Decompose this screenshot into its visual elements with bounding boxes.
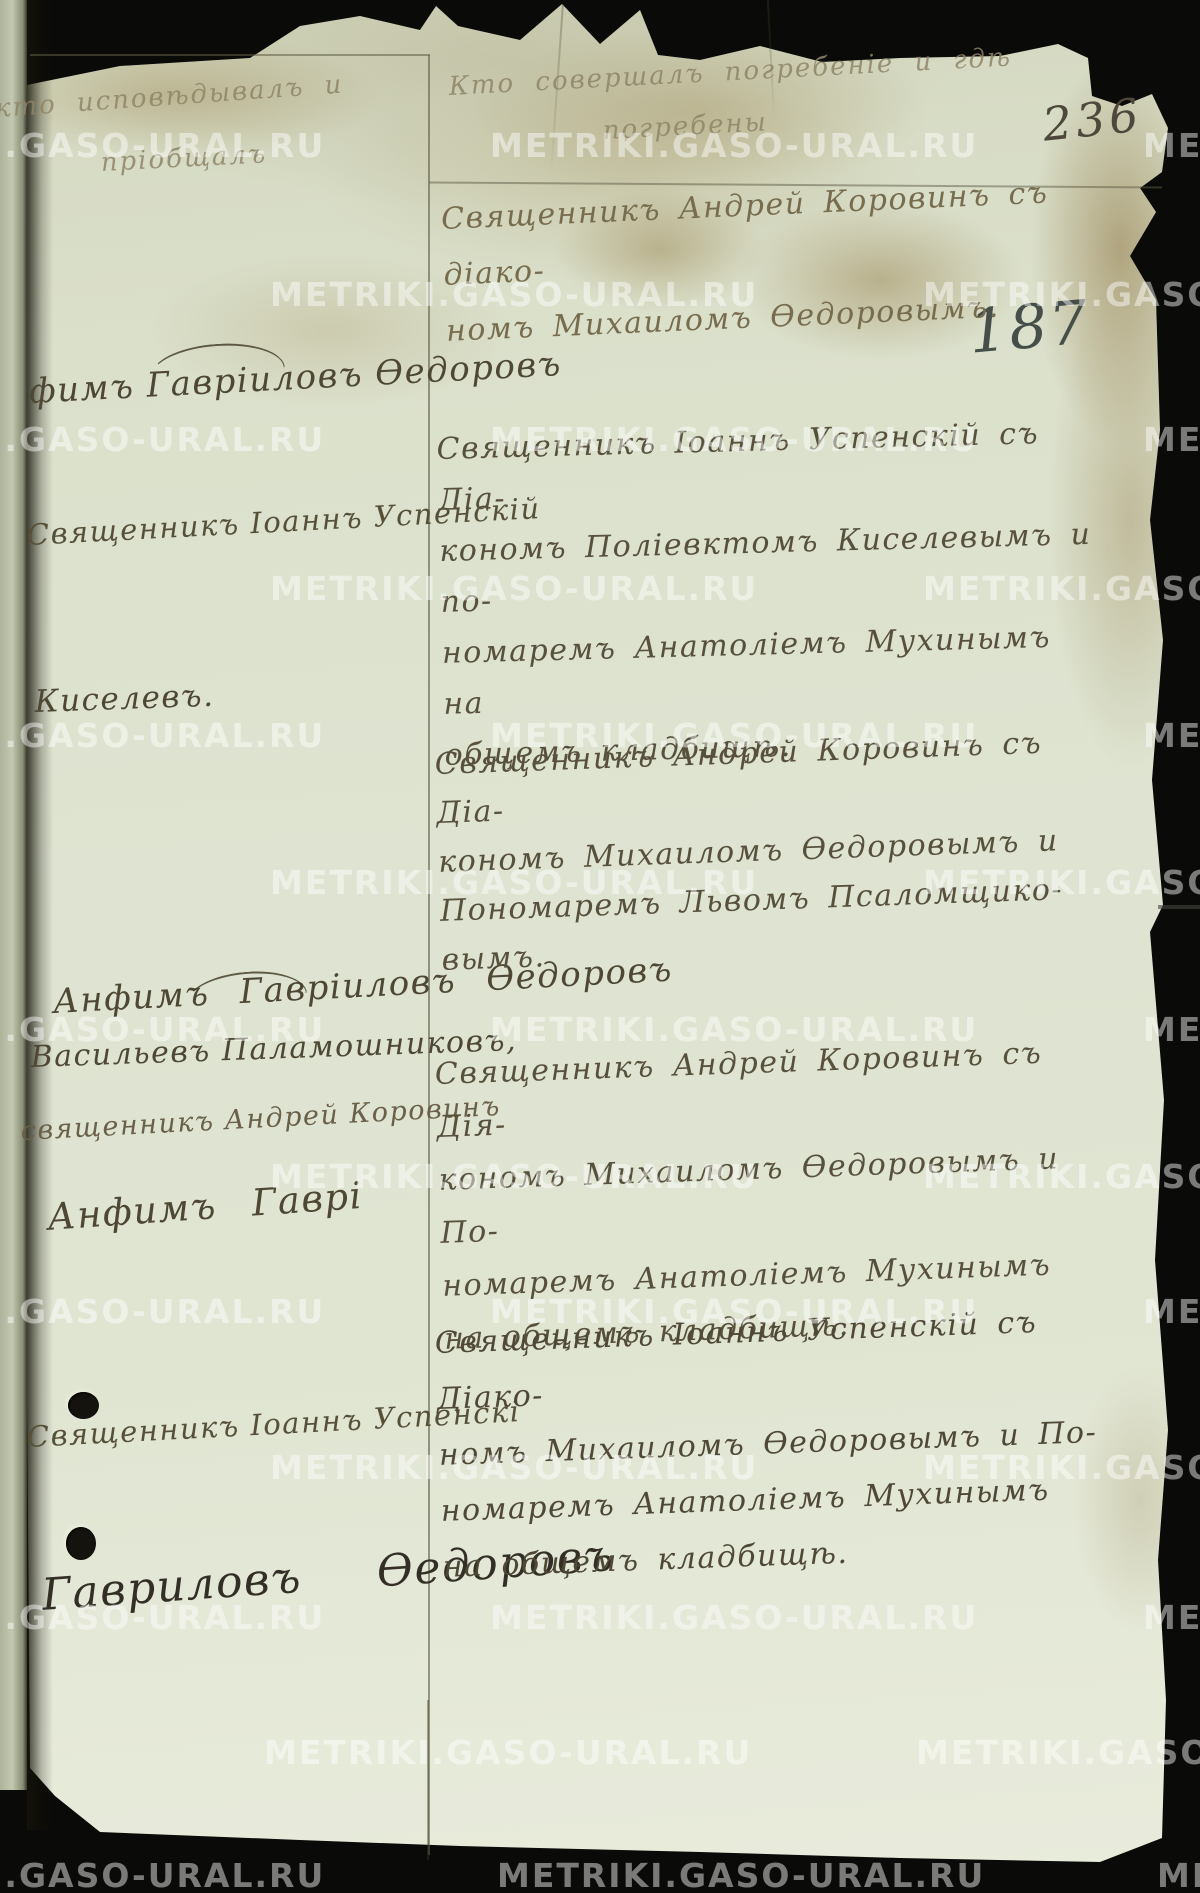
left-entry-surname: Киселевъ. — [34, 678, 215, 720]
top-ruled-line — [30, 54, 430, 56]
paper-crease — [427, 1700, 429, 1860]
punch-hole — [66, 1527, 96, 1560]
punch-hole — [68, 1392, 99, 1419]
burial-entry: Священникъ Андрей Коровинъ съ Діа- коном… — [434, 717, 1102, 985]
burial-entry: Священникъ Андрей Коровинъ съ діако- ном… — [440, 163, 1107, 360]
underlying-page-seam — [1158, 905, 1200, 909]
burial-entry: Священникъ Іоаннъ Успенскій съ Діако- но… — [434, 1293, 1103, 1596]
binding-shadow — [27, 0, 53, 1830]
watermark-text: METRIKI.GASO-URAL.RU — [0, 1856, 325, 1893]
watermark-text: METRIKI.GASO-URAL.RU — [1157, 1856, 1200, 1893]
scanned-register-page: кто исповѣдывалъ и пріобщалъ Кто соверша… — [0, 0, 1200, 1893]
page-number-ink: 236 — [1040, 88, 1145, 152]
binding-edge-sliver — [0, 0, 27, 1790]
watermark-text: METRIKI.GASO-URAL.RU — [497, 1856, 985, 1893]
